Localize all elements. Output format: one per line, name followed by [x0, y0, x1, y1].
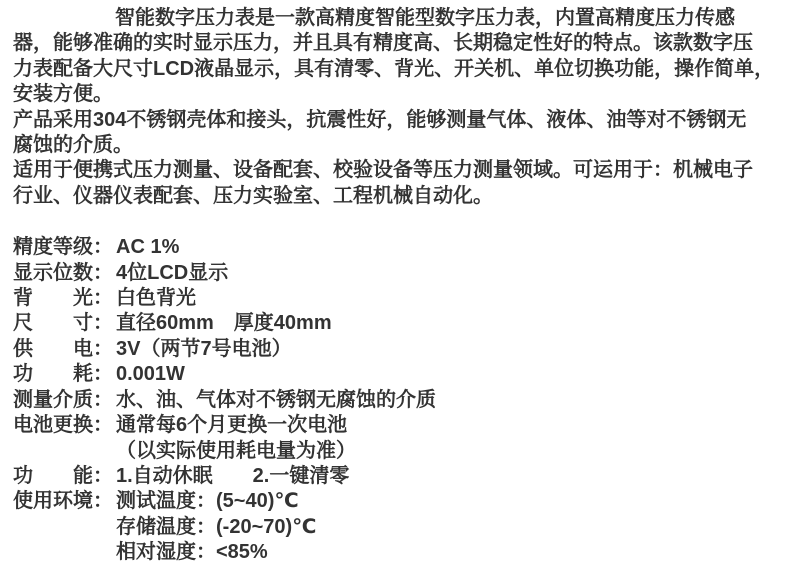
- spec-value: 存储温度：(-20~70)℃: [116, 515, 794, 540]
- paragraph-line: 力表配备大尺寸LCD液晶显示，具有清零、背光、开关机、单位切换功能，操作简单，: [13, 57, 794, 82]
- spec-label: 电池更换：: [13, 413, 116, 438]
- spec-row-battery-replacement: 电池更换： 通常每6个月更换一次电池 （以实际使用耗电量为准）: [13, 413, 794, 464]
- spec-label: 功 能：: [13, 464, 116, 489]
- spec-row-dimensions: 尺 寸： 直径60mm 厚度40mm: [13, 311, 794, 336]
- spec-row-display-digits: 显示位数： 4位LCD显示: [13, 261, 794, 286]
- paragraph-line: 腐蚀的介质。: [13, 133, 794, 158]
- spec-label: 功 耗：: [13, 362, 116, 387]
- spec-value: AC 1%: [116, 235, 794, 260]
- spec-value: 水、油、气体对不锈钢无腐蚀的介质: [116, 388, 794, 413]
- intro-paragraph: 智能数字压力表是一款高精度智能型数字压力表，内置高精度压力传感 器，能够准确的实…: [13, 6, 794, 108]
- spec-label: 精度等级：: [13, 235, 116, 260]
- spec-row-power-supply: 供 电： 3V（两节7号电池）: [13, 337, 794, 362]
- spec-value: （以实际使用耗电量为准）: [116, 439, 794, 464]
- spec-value: 相对湿度：<85%: [116, 540, 794, 565]
- spec-label: 测量介质：: [13, 388, 116, 413]
- spec-label: 尺 寸：: [13, 311, 116, 336]
- spec-label: 供 电：: [13, 337, 116, 362]
- paragraph-line: 智能数字压力表是一款高精度智能型数字压力表，内置高精度压力传感: [13, 6, 794, 31]
- spec-row-backlight: 背 光： 白色背光: [13, 286, 794, 311]
- paragraph-line: 产品采用304不锈钢壳体和接头，抗震性好，能够测量气体、液体、油等对不锈钢无: [13, 108, 794, 133]
- spec-row-functions: 功 能： 1.自动休眠 2.一键清零: [13, 464, 794, 489]
- spec-label: 使用环境：: [13, 489, 116, 514]
- spec-value: 白色背光: [116, 286, 794, 311]
- spec-label: 显示位数：: [13, 261, 116, 286]
- spec-value: 通常每6个月更换一次电池: [116, 413, 794, 438]
- spec-value: 测试温度：(5~40)℃: [116, 489, 794, 514]
- product-description-page: 智能数字压力表是一款高精度智能型数字压力表，内置高精度压力传感 器，能够准确的实…: [0, 0, 800, 576]
- spec-row-accuracy-class: 精度等级： AC 1%: [13, 235, 794, 260]
- material-paragraph: 产品采用304不锈钢壳体和接头，抗震性好，能够测量气体、液体、油等对不锈钢无 腐…: [13, 108, 794, 159]
- paragraph-line: 器，能够准确的实时显示压力，并且具有精度高、长期稳定性好的特点。该款数字压: [13, 31, 794, 56]
- paragraph-line: 适用于便携式压力测量、设备配套、校验设备等压力测量领域。可运用于：机械电子: [13, 158, 794, 183]
- paragraph-line: 行业、仪器仪表配套、压力实验室、工程机械自动化。: [13, 184, 794, 209]
- paragraph-line: 安装方便。: [13, 82, 794, 107]
- spec-value: 1.自动休眠 2.一键清零: [116, 464, 794, 489]
- spec-list: 精度等级： AC 1% 显示位数： 4位LCD显示 背 光： 白色背光 尺 寸：…: [13, 235, 794, 565]
- spec-row-operating-environment: 使用环境： 测试温度：(5~40)℃ 存储温度：(-20~70)℃ 相对湿度：<…: [13, 489, 794, 565]
- spec-value: 3V（两节7号电池）: [116, 337, 794, 362]
- application-paragraph: 适用于便携式压力测量、设备配套、校验设备等压力测量领域。可运用于：机械电子 行业…: [13, 158, 794, 209]
- spec-label: 背 光：: [13, 286, 116, 311]
- spec-row-power-consumption: 功 耗： 0.001W: [13, 362, 794, 387]
- section-gap: [13, 209, 794, 235]
- spec-value: 直径60mm 厚度40mm: [116, 311, 794, 336]
- spec-value: 4位LCD显示: [116, 261, 794, 286]
- spec-value: 0.001W: [116, 362, 794, 387]
- spec-row-measuring-medium: 测量介质： 水、油、气体对不锈钢无腐蚀的介质: [13, 388, 794, 413]
